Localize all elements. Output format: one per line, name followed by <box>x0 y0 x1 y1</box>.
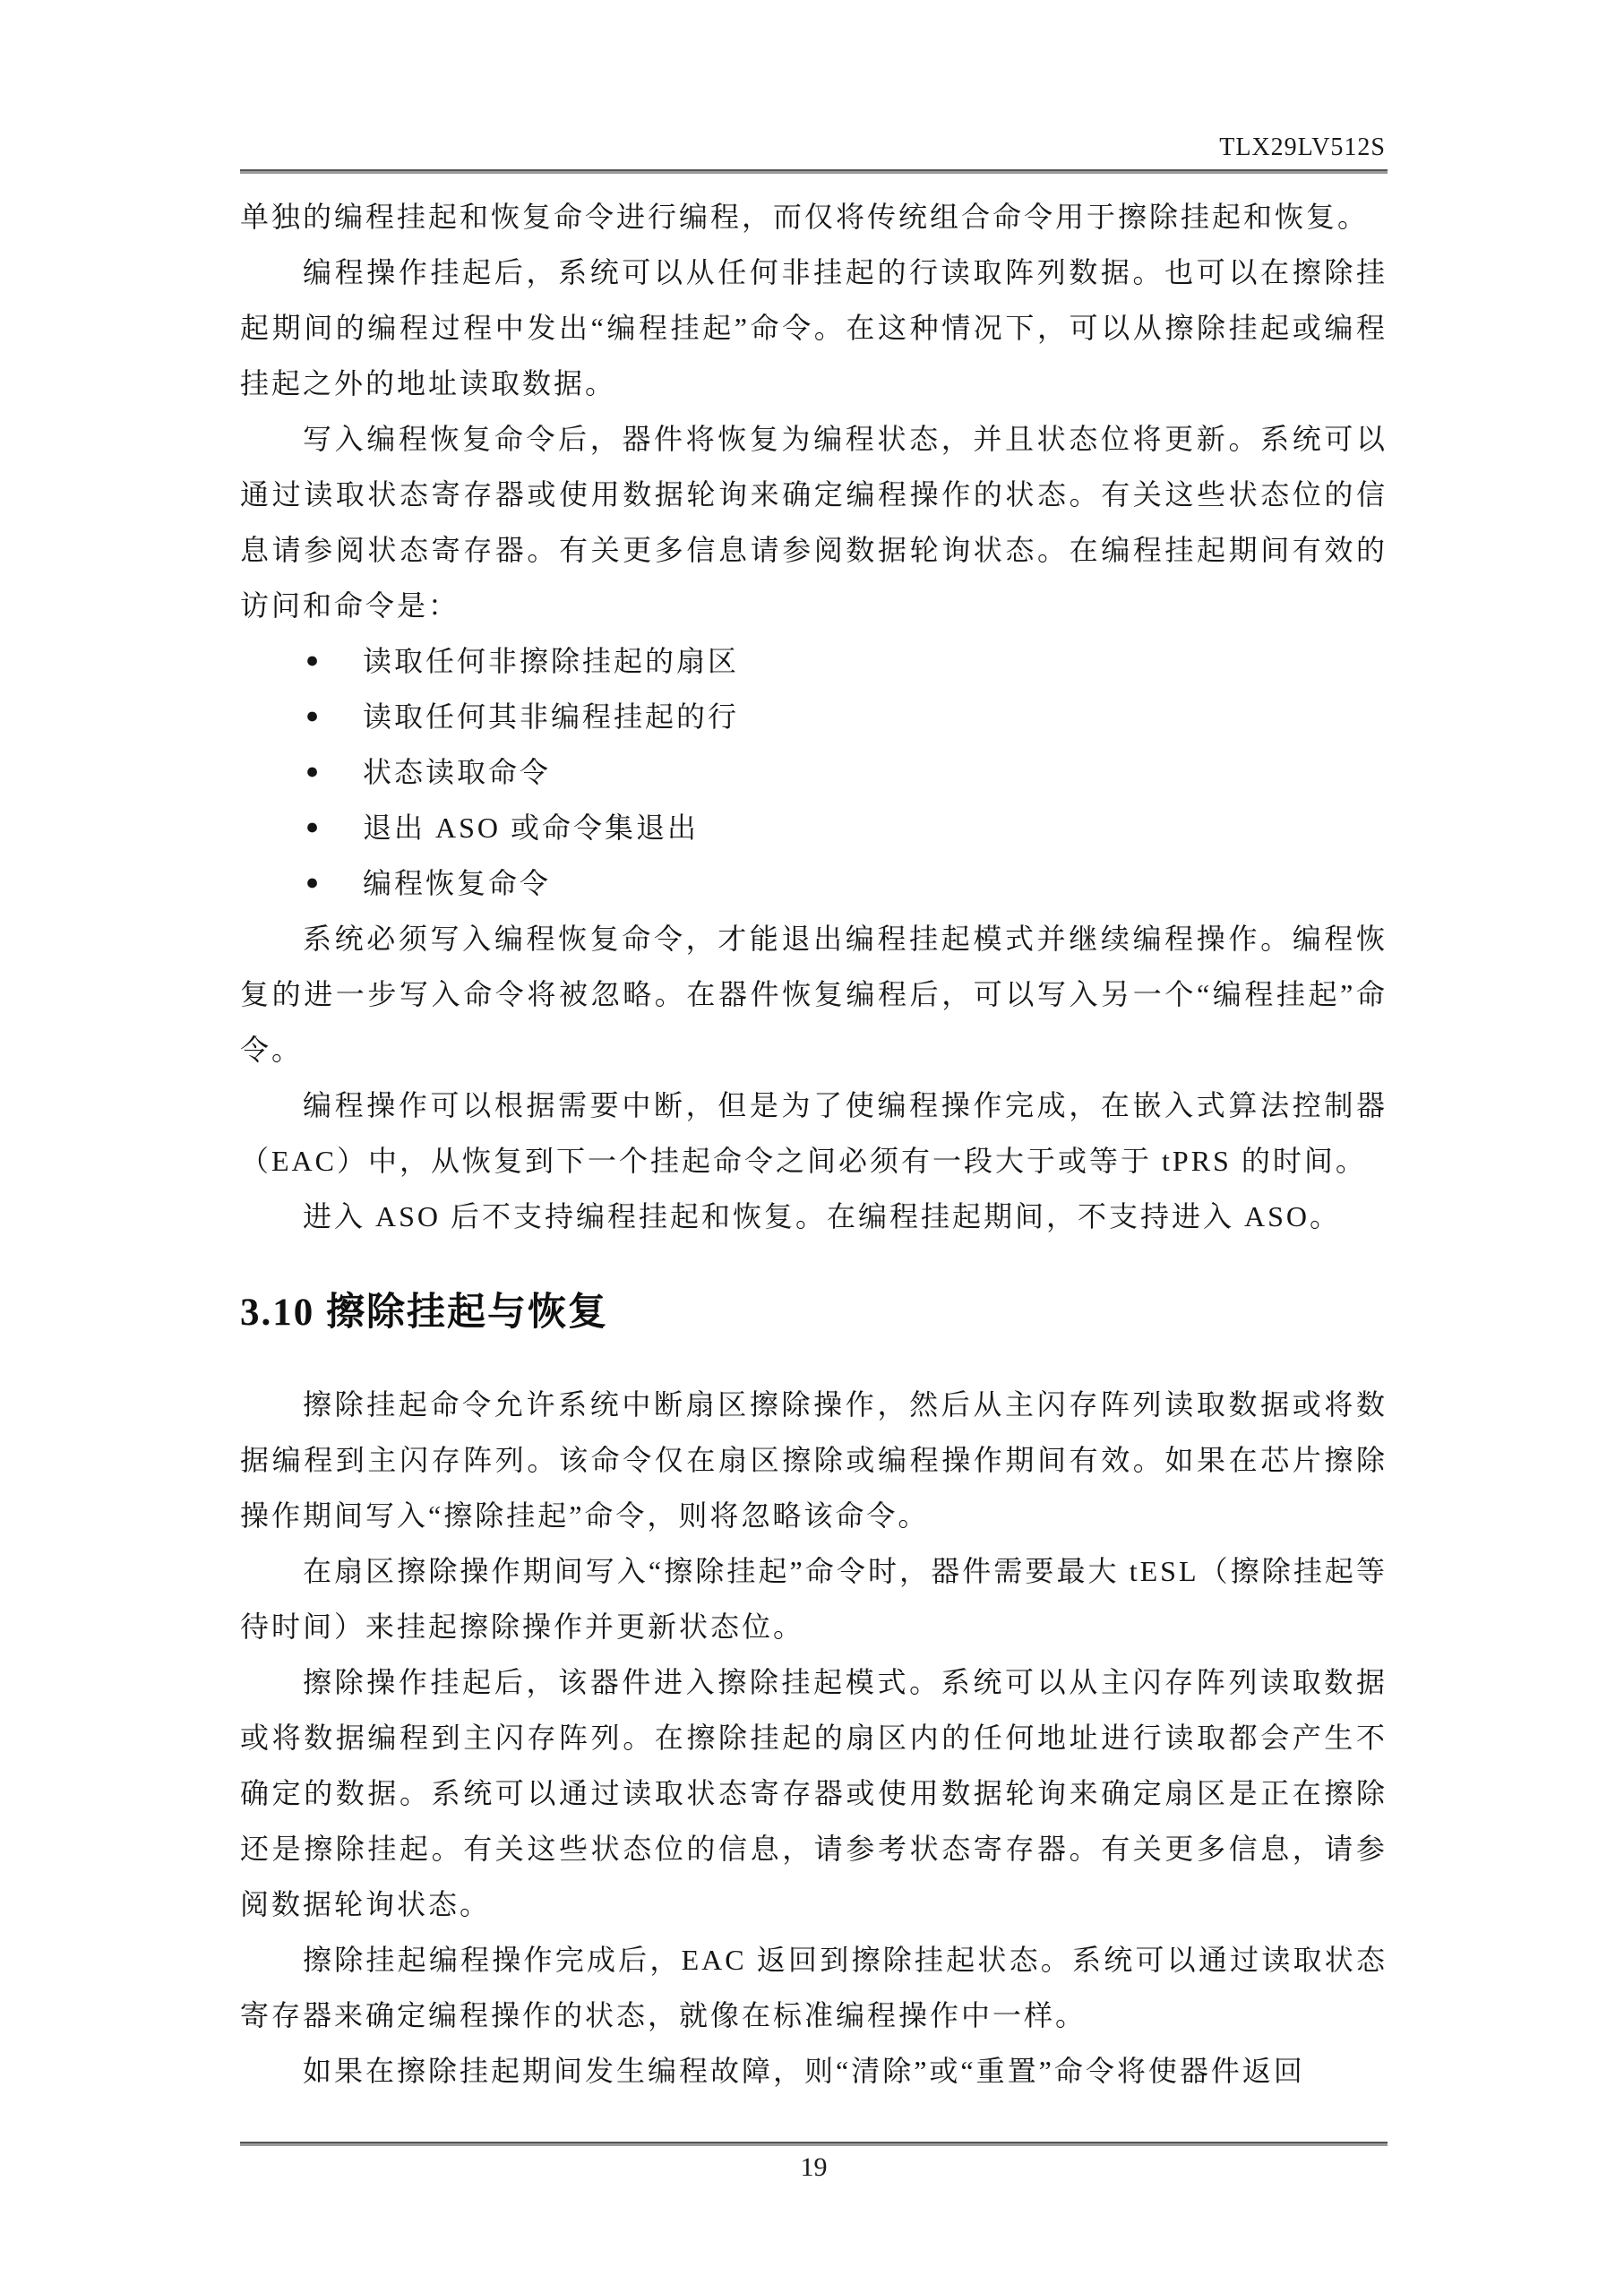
bullet-text: 状态读取命令 <box>363 744 551 800</box>
bullet-icon: ● <box>305 633 363 689</box>
paragraph: 擦除挂起编程操作完成后，EAC 返回到擦除挂起状态。系统可以通过读取状态寄存器来… <box>240 1932 1388 2043</box>
bullet-icon: ● <box>305 855 363 911</box>
document-page: TLX29LV512S 单独的编程挂起和恢复命令进行编程，而仅将传统组合命令用于… <box>0 0 1624 2293</box>
page-content: 单独的编程挂起和恢复命令进行编程，而仅将传统组合命令用于擦除挂起和恢复。 编程操… <box>240 189 1388 2099</box>
footer-rule <box>240 2142 1388 2146</box>
bullet-item: ● 读取任何其非编程挂起的行 <box>305 689 1388 744</box>
paragraph: 进入 ASO 后不支持编程挂起和恢复。在编程挂起期间，不支持进入 ASO。 <box>240 1189 1388 1244</box>
header-rule <box>240 169 1388 174</box>
bullet-icon: ● <box>305 800 363 855</box>
bullet-item: ● 状态读取命令 <box>305 744 1388 800</box>
paragraph: 在扇区擦除操作期间写入“擦除挂起”命令时，器件需要最大 tESL（擦除挂起等待时… <box>240 1543 1388 1654</box>
bullet-item: ● 编程恢复命令 <box>305 855 1388 911</box>
paragraph: 单独的编程挂起和恢复命令进行编程，而仅将传统组合命令用于擦除挂起和恢复。 <box>240 189 1388 245</box>
bullet-text: 退出 ASO 或命令集退出 <box>363 800 699 855</box>
bullet-item: ● 退出 ASO 或命令集退出 <box>305 800 1388 855</box>
section-heading: 3.10 擦除挂起与恢复 <box>240 1285 1388 1341</box>
paragraph: 写入编程恢复命令后，器件将恢复为编程状态，并且状态位将更新。系统可以通过读取状态… <box>240 411 1388 633</box>
bullet-list: ● 读取任何非擦除挂起的扇区 ● 读取任何其非编程挂起的行 ● 状态读取命令 ●… <box>240 633 1388 911</box>
paragraph: 如果在擦除挂起期间发生编程故障，则“清除”或“重置”命令将使器件返回 <box>240 2043 1388 2099</box>
page-number: 19 <box>240 2150 1388 2186</box>
paragraph: 擦除操作挂起后，该器件进入擦除挂起模式。系统可以从主闪存阵列读取数据或将数据编程… <box>240 1654 1388 1932</box>
paragraph: 系统必须写入编程恢复命令，才能退出编程挂起模式并继续编程操作。编程恢复的进一步写… <box>240 911 1388 1078</box>
document-id: TLX29LV512S <box>1219 133 1386 163</box>
bullet-text: 编程恢复命令 <box>363 855 551 911</box>
bullet-icon: ● <box>305 744 363 800</box>
bullet-text: 读取任何其非编程挂起的行 <box>363 689 739 744</box>
paragraph: 编程操作挂起后，系统可以从任何非挂起的行读取阵列数据。也可以在擦除挂起期间的编程… <box>240 245 1388 411</box>
paragraph: 擦除挂起命令允许系统中断扇区擦除操作，然后从主闪存阵列读取数据或将数据编程到主闪… <box>240 1377 1388 1543</box>
bullet-item: ● 读取任何非擦除挂起的扇区 <box>305 633 1388 689</box>
paragraph: 编程操作可以根据需要中断，但是为了使编程操作完成，在嵌入式算法控制器（EAC）中… <box>240 1078 1388 1189</box>
bullet-icon: ● <box>305 689 363 744</box>
bullet-text: 读取任何非擦除挂起的扇区 <box>363 633 739 689</box>
